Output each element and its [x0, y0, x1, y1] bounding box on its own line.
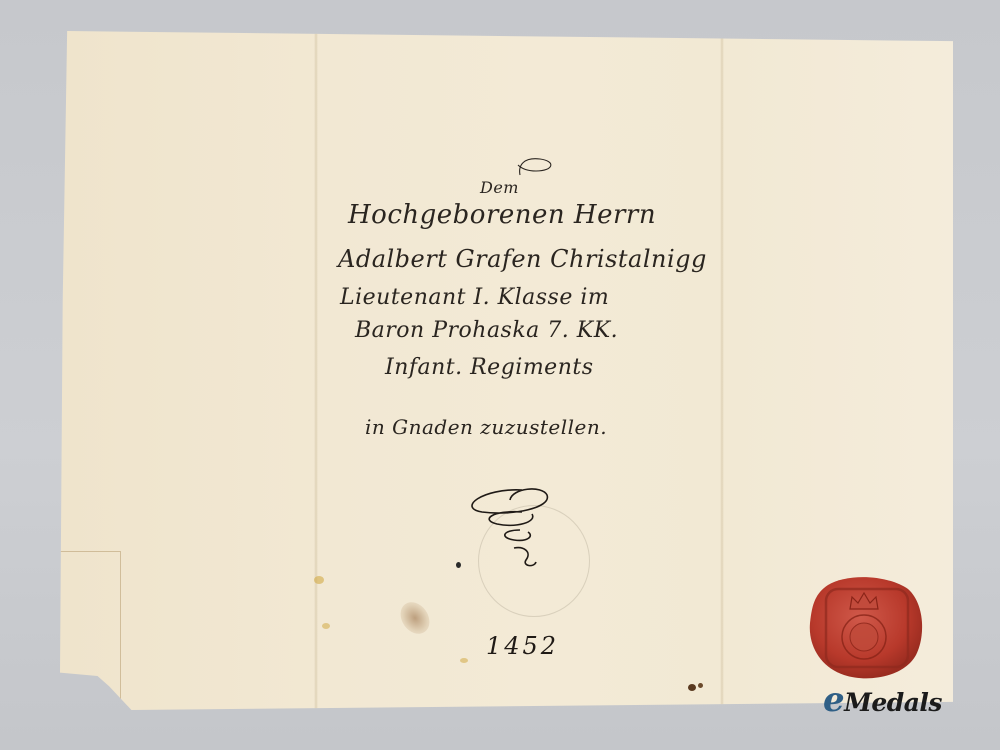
salutation-line: Dem: [480, 178, 519, 197]
spiral-flourish-icon: [462, 480, 562, 590]
fold-line-left: [314, 31, 318, 710]
regiment-line: Baron Prohaska 7. KK.: [355, 318, 618, 343]
burn-spot: [688, 684, 696, 691]
foxing-spot: [460, 658, 468, 663]
date-year: 1452: [486, 632, 559, 660]
foxing-spot: [314, 576, 324, 584]
brown-stain: [395, 597, 436, 640]
foxing-spot: [322, 623, 330, 629]
fold-line-right: [720, 31, 724, 710]
red-wax-seal-icon: [808, 575, 926, 683]
honorific-line: Hochgeborenen Herrn: [348, 200, 656, 230]
ink-dot: [456, 562, 461, 568]
watermark-prefix: e: [823, 680, 844, 720]
burn-spot: [698, 683, 703, 688]
delivery-instruction-line: in Gnaden zuzustellen.: [365, 415, 607, 439]
emedals-watermark: eMedals: [823, 680, 942, 720]
rank-line: Lieutenant I. Klasse im: [340, 285, 609, 310]
recipient-name-line: Adalbert Grafen Christalnigg: [338, 245, 707, 273]
regiment-type-line: Infant. Regiments: [385, 355, 594, 380]
watermark-brand: Medals: [844, 688, 942, 717]
ink-flourish-top-icon: [510, 155, 560, 177]
